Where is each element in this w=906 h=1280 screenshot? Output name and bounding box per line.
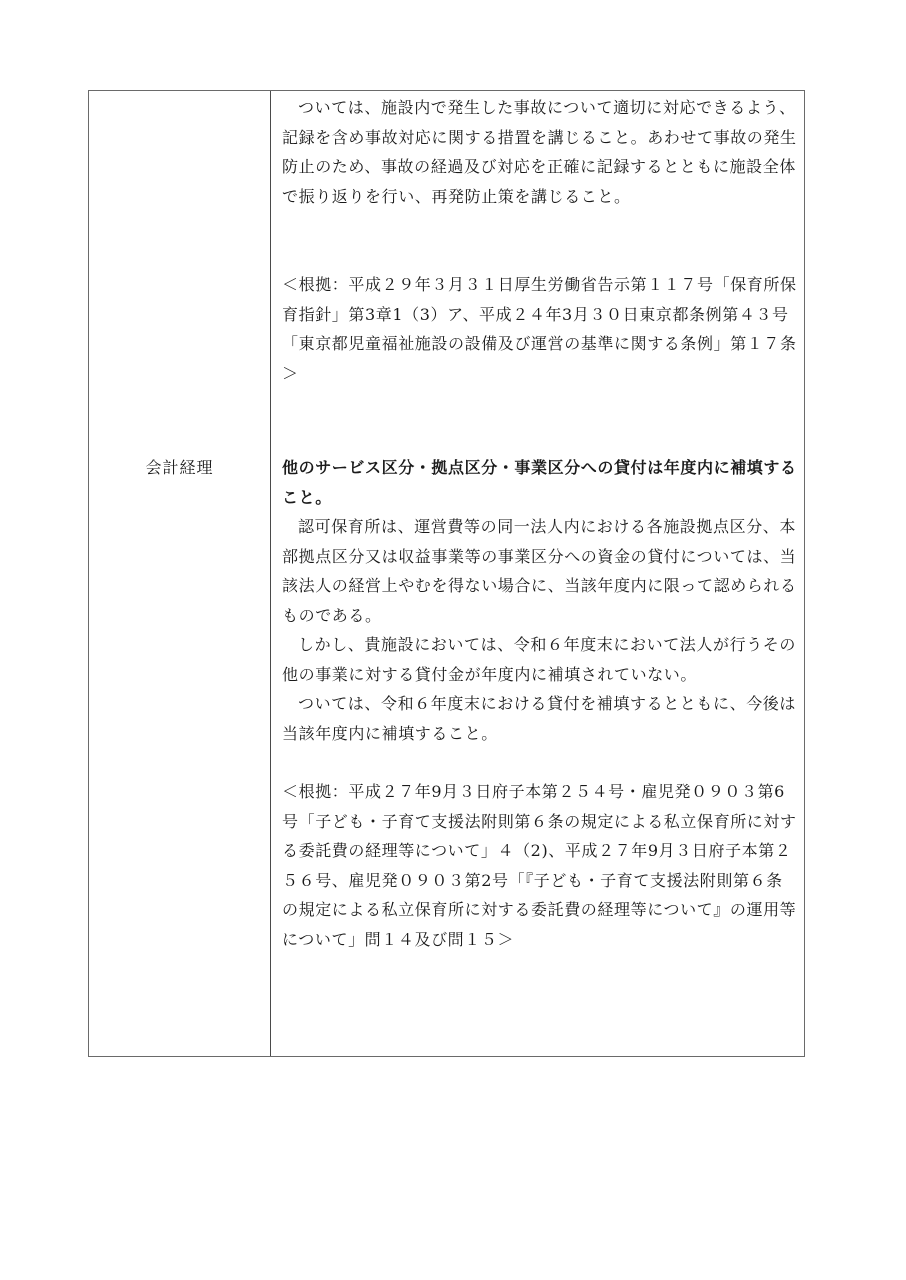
accident-basis: ＜根拠：平成２９年３月３１日厚生労働省告示第１１７号「保育所保育指針」第3章1（… [282,270,797,388]
accounting-heading: 他のサービス区分・拠点区分・事業区分への貸付は年度内に補填すること。 [282,453,797,512]
findings-table: ついては、施設内で発生した事故について適切に対応できるよう、記録を含め事故対応に… [88,90,805,1057]
accident-paragraph: ついては、施設内で発生した事故について適切に対応できるよう、記録を含め事故対応に… [282,93,797,211]
row-accounting-content: 他のサービス区分・拠点区分・事業区分への貸付は年度内に補填すること。 認可保育所… [282,453,797,954]
accounting-paragraph-2: しかし、貴施設においては、令和６年度末において法人が行うその他の事業に対する貸付… [282,630,797,689]
accounting-paragraph-3: ついては、令和６年度末における貸付を補填するとともに、今後は当該年度内に補填する… [282,689,797,748]
column-divider [270,91,271,1056]
row-accident-content: ついては、施設内で発生した事故について適切に対応できるよう、記録を含め事故対応に… [282,93,797,388]
row-label-accounting: 会計経理 [89,455,270,478]
accounting-basis: ＜根拠：平成２７年9月３日府子本第２５４号・雇児発０９０３第6号「子ども・子育て… [282,777,797,954]
accounting-paragraph-1: 認可保育所は、運営費等の同一法人内における各施設拠点区分、本部拠点区分又は収益事… [282,512,797,630]
